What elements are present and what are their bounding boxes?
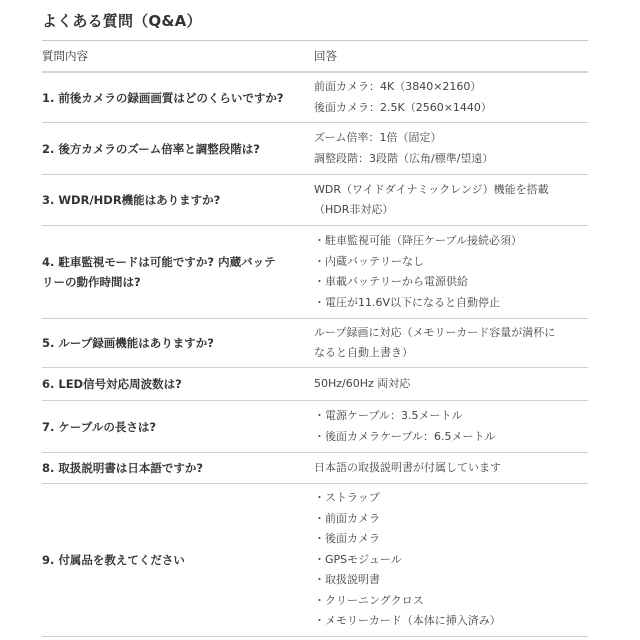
table-row: 7. ケーブルの長さは? ・電源ケーブル：3.5メートル ・後面カメラケーブル：… bbox=[42, 401, 588, 453]
answer-line: ・メモリーカード（本体に挿入済み） bbox=[314, 611, 588, 632]
table-row: 5. ループ録画機能はありますか? ループ録画に対応（メモリーカード容量が満杯に… bbox=[42, 319, 588, 368]
answer-line: ・ストラップ bbox=[314, 488, 588, 509]
answer-line: ・後面カメラ bbox=[314, 529, 588, 550]
answer-line: 前面カメラ：4K（3840×2160） bbox=[314, 77, 588, 98]
page-title: よくある質問（Q&A） bbox=[42, 10, 202, 31]
answer-cell: ・電源ケーブル：3.5メートル ・後面カメラケーブル：6.5メートル bbox=[308, 406, 588, 447]
question-cell: 1. 前後カメラの録画画質はどのくらいですか? bbox=[42, 88, 308, 108]
answer-line: 後面カメラ：2.5K（2560×1440） bbox=[314, 98, 588, 119]
answer-line: 日本語の取扱説明書が付属しています bbox=[314, 458, 588, 479]
answer-line: ・後面カメラケーブル：6.5メートル bbox=[314, 427, 588, 448]
answer-cell: 50Hz/60Hz 両対応 bbox=[308, 374, 588, 395]
answer-line: ズーム倍率：1倍（固定） bbox=[314, 128, 588, 149]
table-row: 6. LED信号対応周波数は? 50Hz/60Hz 両対応 bbox=[42, 368, 588, 401]
answer-line: ・電圧が11.6V以下になると自動停止 bbox=[314, 293, 588, 314]
question-cell: 5. ループ録画機能はありますか? bbox=[42, 333, 308, 353]
answer-line: ・車載バッテリーから電源供給 bbox=[314, 272, 588, 293]
answer-cell: 日本語の取扱説明書が付属しています bbox=[308, 458, 588, 479]
table-row: 3. WDR/HDR機能はありますか? WDR（ワイドダイナミックレンジ）機能を… bbox=[42, 175, 588, 226]
table-header: 質問内容 回答 bbox=[42, 41, 588, 73]
table-row: 9. 付属品を教えてください ・ストラップ ・前面カメラ ・後面カメラ ・GPS… bbox=[42, 484, 588, 637]
answer-cell: ・駐車監視可能（降圧ケーブル接続必須） ・内蔵バッテリーなし ・車載バッテリーか… bbox=[308, 231, 588, 313]
answer-line: ・取扱説明書 bbox=[314, 570, 588, 591]
table-row: 2. 後方カメラのズーム倍率と調整段階は? ズーム倍率：1倍（固定） 調整段階：… bbox=[42, 123, 588, 175]
answer-line: ・前面カメラ bbox=[314, 509, 588, 530]
answer-cell: ・ストラップ ・前面カメラ ・後面カメラ ・GPSモジュール ・取扱説明書 ・ク… bbox=[308, 488, 588, 632]
header-question: 質問内容 bbox=[42, 46, 308, 66]
question-cell: 4. 駐車監視モードは可能ですか? 内蔵バッテ リーの動作時間は? bbox=[42, 252, 308, 292]
answer-line: 調整段階：3段階（広角/標準/望遠） bbox=[314, 149, 588, 170]
answer-cell: WDR（ワイドダイナミックレンジ）機能を搭載 （HDR非対応） bbox=[308, 180, 588, 221]
answer-line: なると自動上書き） bbox=[314, 343, 588, 364]
question-cell: 7. ケーブルの長さは? bbox=[42, 417, 308, 437]
question-cell: 6. LED信号対応周波数は? bbox=[42, 374, 308, 394]
answer-line: WDR（ワイドダイナミックレンジ）機能を搭載 bbox=[314, 180, 588, 201]
question-cell: 9. 付属品を教えてください bbox=[42, 550, 308, 570]
answer-line: ループ録画に対応（メモリーカード容量が満杯に bbox=[314, 323, 588, 344]
question-line: リーの動作時間は? bbox=[42, 272, 308, 292]
table-row: 8. 取扱説明書は日本語ですか? 日本語の取扱説明書が付属しています bbox=[42, 453, 588, 484]
faq-table: 質問内容 回答 1. 前後カメラの録画画質はどのくらいですか? 前面カメラ：4K… bbox=[42, 40, 588, 637]
answer-line: ・内蔵バッテリーなし bbox=[314, 252, 588, 273]
answer-line: ・クリーニングクロス bbox=[314, 591, 588, 612]
question-cell: 2. 後方カメラのズーム倍率と調整段階は? bbox=[42, 139, 308, 159]
answer-line: 50Hz/60Hz 両対応 bbox=[314, 374, 588, 395]
answer-cell: ループ録画に対応（メモリーカード容量が満杯に なると自動上書き） bbox=[308, 323, 588, 364]
answer-line: ・GPSモジュール bbox=[314, 550, 588, 571]
question-cell: 8. 取扱説明書は日本語ですか? bbox=[42, 458, 308, 478]
question-line: 4. 駐車監視モードは可能ですか? 内蔵バッテ bbox=[42, 252, 308, 272]
answer-line: ・駐車監視可能（降圧ケーブル接続必須） bbox=[314, 231, 588, 252]
header-answer: 回答 bbox=[308, 46, 588, 67]
table-row: 4. 駐車監視モードは可能ですか? 内蔵バッテ リーの動作時間は? ・駐車監視可… bbox=[42, 226, 588, 319]
answer-cell: ズーム倍率：1倍（固定） 調整段階：3段階（広角/標準/望遠） bbox=[308, 128, 588, 169]
answer-line: ・電源ケーブル：3.5メートル bbox=[314, 406, 588, 427]
answer-cell: 前面カメラ：4K（3840×2160） 後面カメラ：2.5K（2560×1440… bbox=[308, 77, 588, 118]
question-cell: 3. WDR/HDR機能はありますか? bbox=[42, 190, 308, 210]
answer-line: （HDR非対応） bbox=[314, 200, 588, 221]
table-row: 1. 前後カメラの録画画質はどのくらいですか? 前面カメラ：4K（3840×21… bbox=[42, 73, 588, 123]
